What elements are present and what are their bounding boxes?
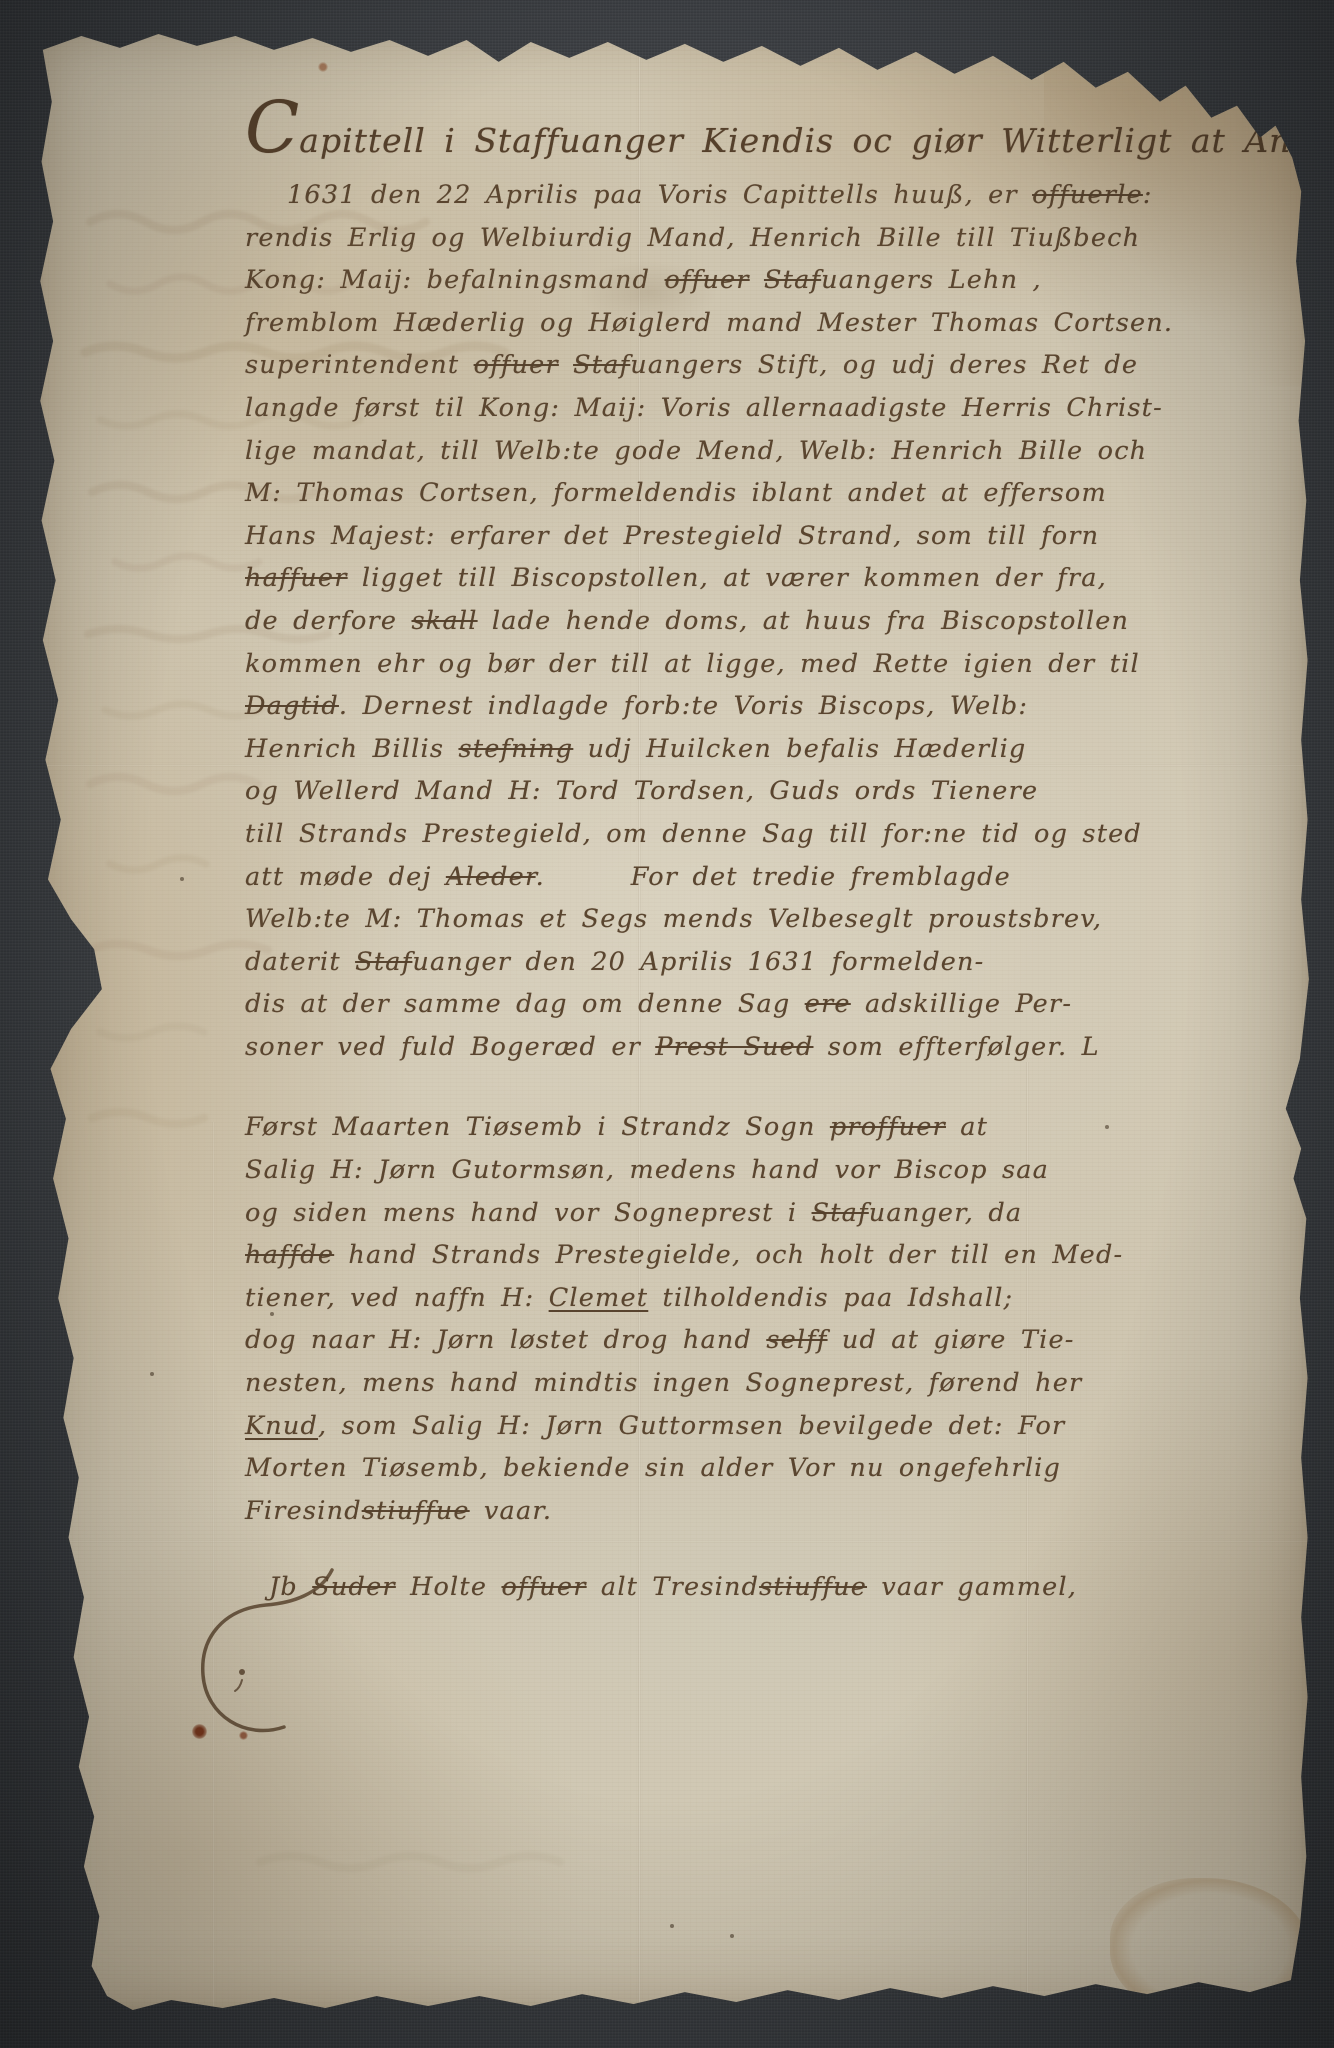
manuscript-line: Firesindstiuffue vaar.: [245, 1490, 1301, 1533]
photo-backdrop: Capittell i Staffuanger Kiendis oc giør …: [0, 0, 1334, 2048]
manuscript-text-block: Capittell i Staffuanger Kiendis oc giør …: [245, 114, 1301, 1609]
fold-crease: [212, 1122, 215, 2016]
manuscript-paragraph: Jb Suder Holte offuer alt Tresindstiuffu…: [245, 1566, 1301, 1609]
manuscript-line: Morten Tiøsemb, bekiende sin alder Vor n…: [245, 1447, 1301, 1490]
manuscript-line: rendis Erlig og Welbiurdig Mand, Henrich…: [245, 217, 1301, 260]
manuscript-paragraph: Først Maarten Tiøsemb i Strandz Sogn pro…: [245, 1106, 1301, 1532]
manuscript-paragraph: 1631 den 22 Aprilis paa Voris Capittells…: [245, 174, 1301, 1068]
manuscript-line: nesten, mens hand mindtis ingen Sognepre…: [245, 1362, 1301, 1405]
manuscript-line: Salig H: Jørn Gutormsøn, medens hand vor…: [245, 1149, 1301, 1192]
manuscript-line: M: Thomas Cortsen, formeldendis iblant a…: [245, 472, 1301, 515]
manuscript-line: Først Maarten Tiøsemb i Strandz Sogn pro…: [245, 1106, 1301, 1149]
manuscript-line: dog naar H: Jørn løstet drog hand selff …: [245, 1319, 1301, 1362]
manuscript-line: og siden mens hand vor Sogneprest i Staf…: [245, 1192, 1301, 1235]
manuscript-line: superintendent offuer Stafuangers Stift,…: [245, 344, 1301, 387]
manuscript-line: Knud, som Salig H: Jørn Guttormsen bevil…: [245, 1405, 1301, 1448]
manuscript-line: og Wellerd Mand H: Tord Tordsen, Guds or…: [245, 770, 1301, 813]
manuscript-line: lige mandat, till Welb:te gode Mend, Wel…: [245, 430, 1301, 473]
manuscript-line: Jb Suder Holte offuer alt Tresindstiuffu…: [245, 1566, 1301, 1609]
manuscript-line: haffde hand Strands Prestegielde, och ho…: [245, 1234, 1301, 1277]
speck: [730, 1934, 734, 1938]
manuscript-line: Dagtid. Dernest indlagde forb:te Voris B…: [245, 685, 1301, 728]
manuscript-paragraphs: 1631 den 22 Aprilis paa Voris Capittells…: [245, 174, 1301, 1609]
manuscript-line: langde først til Kong: Maij: Voris aller…: [245, 387, 1301, 430]
manuscript-line: tiener, ved naffn H: Clemet tilholdendis…: [245, 1277, 1301, 1320]
manuscript-line: Henrich Billis stefning udj Huilcken bef…: [245, 728, 1301, 771]
speck: [670, 1924, 674, 1928]
manuscript-line: Kong: Maij: befalningsmand offuer Stafua…: [245, 259, 1301, 302]
manuscript-line: haffuer ligget till Biscopstollen, at væ…: [245, 557, 1301, 600]
speck: [150, 1372, 154, 1376]
manuscript-line: soner ved fuld Bogeræd er Prest Sued som…: [245, 1026, 1301, 1069]
manuscript-line: Hans Majest: erfarer det Prestegield Str…: [245, 515, 1301, 558]
manuscript-line: daterit Stafuanger den 20 Aprilis 1631 f…: [245, 941, 1301, 984]
manuscript-paper: Capittell i Staffuanger Kiendis oc giør …: [30, 22, 1314, 2016]
ink-stain: [318, 62, 328, 72]
manuscript-line: Welb:te M: Thomas et Segs mends Velbeseg…: [245, 898, 1301, 941]
manuscript-line: de derfore skall lade hende doms, at huu…: [245, 600, 1301, 643]
ink-stain: [239, 1731, 248, 1740]
manuscript-heading: Capittell i Staffuanger Kiendis oc giør …: [245, 114, 1301, 174]
manuscript-line: dis at der samme dag om denne Sag ere ad…: [245, 983, 1301, 1026]
manuscript-line: 1631 den 22 Aprilis paa Voris Capittells…: [245, 174, 1301, 217]
manuscript-line: att møde dej Aleder. For det tredie frem…: [245, 856, 1301, 899]
speck: [180, 877, 184, 881]
manuscript-line: kommen ehr og bør der till at ligge, med…: [245, 643, 1301, 686]
manuscript-line: fremblom Hæderlig og Høiglerd mand Meste…: [245, 302, 1301, 345]
ink-stain: [192, 1724, 207, 1739]
manuscript-line: till Strands Prestegield, om denne Sag t…: [245, 813, 1301, 856]
water-stain: [1110, 1878, 1310, 2018]
